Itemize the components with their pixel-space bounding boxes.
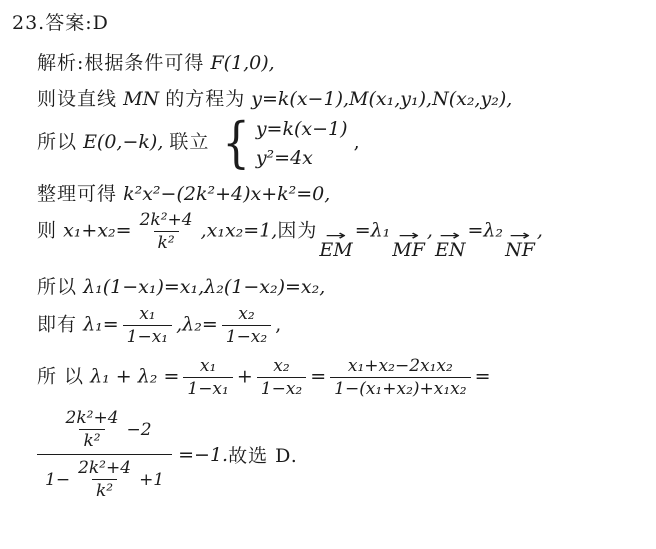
line-setup-text: 则设直线	[37, 88, 117, 110]
system-line: 所以 E(0,−k), 联立 { y=k(x−1) y²=4x ,	[37, 116, 656, 170]
comma: ,	[354, 131, 360, 153]
lambda-equations-line: 所以 λ₁(1−x₁)=x₁,λ₂(1−x₂)=x₂,	[37, 272, 656, 299]
fraction-denominator: 1−(x₁+x₂)+x₁x₂	[330, 377, 470, 400]
fraction-denominator: k²	[154, 231, 179, 254]
left-brace: {	[223, 116, 250, 170]
analysis-line-2: 则设直线 MN 的方程为 y=k(x−1),M(x₁,y₁),N(x₂,y₂),	[37, 84, 656, 111]
fraction-denominator: 1−x₂	[257, 377, 306, 400]
fraction-numerator: 2k²+4	[136, 209, 197, 231]
lambda1-relation: =λ₁	[355, 220, 391, 242]
numerator-tail: −2	[127, 420, 152, 440]
answer-line: 23.答案:D	[12, 8, 656, 35]
combine-text: 联立	[169, 131, 209, 153]
comma: ,	[537, 220, 543, 242]
comma: ,	[275, 313, 281, 335]
fraction-denominator: k²	[79, 429, 104, 452]
fraction-numerator: x₁	[196, 355, 220, 377]
therefore-text: 所 以	[37, 365, 84, 387]
answer-value: D	[93, 12, 108, 34]
fraction-lambda2: x₂1−x₂	[222, 303, 271, 348]
simplify-text: 整理可得	[37, 183, 117, 205]
lambda1-equals: λ₁=	[83, 313, 119, 335]
lambda-sum: λ₁ + λ₂ =	[90, 365, 179, 387]
fraction-numerator: x₂	[234, 303, 258, 325]
denominator-tail: +1	[139, 470, 164, 490]
lambda2-relation: =λ₂	[467, 220, 503, 242]
plus-operator: +	[237, 365, 253, 387]
line-name: MN	[123, 88, 159, 110]
vector-MF: →MF	[392, 232, 425, 261]
fraction-sum: 2k²+4k²	[136, 209, 197, 254]
fraction-numerator: x₁+x₂−2x₁x₂	[344, 355, 457, 377]
fraction-denominator: 1−x₂	[222, 325, 271, 348]
big-fraction-denominator: 1−2k²+4k²+1	[37, 454, 172, 504]
lambda-fractions-line: 即有 λ₁=x₁1−x₁,λ₂=x₂1−x₂,	[37, 303, 656, 348]
answer-label: 答案:	[45, 12, 92, 34]
line-equation: y=k(x−1),M(x₁,y₁),N(x₂,y₂),	[251, 88, 512, 110]
conclusion-text: 故选 D.	[228, 441, 298, 468]
inner-fraction-bottom: 2k²+4k²	[74, 457, 135, 502]
fraction-numerator: x₂	[269, 355, 293, 377]
denominator-lead: 1−	[45, 470, 70, 490]
fraction-term2: x₂1−x₂	[257, 355, 306, 400]
comma: ,	[427, 220, 433, 242]
question-number: 23.	[12, 12, 45, 34]
fraction-combined: x₁+x₂−2x₁x₂1−(x₁+x₂)+x₁x₂	[330, 355, 470, 400]
vector-EM: →EM	[319, 232, 352, 261]
equation-text: 的方程为	[165, 88, 245, 110]
equation-system: { y=k(x−1) y²=4x	[219, 116, 347, 170]
therefore-text: 所以	[37, 131, 77, 153]
vector-arrow-icon: →	[398, 232, 419, 241]
product-of-roots: ,x₁x₂=1,	[201, 220, 278, 242]
analysis-text: 解析:根据条件可得	[37, 52, 204, 74]
fraction-numerator: 2k²+4	[62, 407, 123, 429]
fraction-numerator: 2k²+4	[74, 457, 135, 479]
system-rows: y=k(x−1) y²=4x	[256, 118, 348, 169]
quadratic-equation: k²x²−(2k²+4)x+k²=0,	[123, 183, 330, 205]
fraction-denominator: 1−x₁	[183, 377, 232, 400]
final-fraction-line: 2k²+4k²−2 1−2k²+4k²+1 =−1. 故选 D.	[37, 405, 656, 504]
vector-EN: →EN	[435, 232, 466, 261]
equals-operator: =	[475, 365, 491, 387]
system-equation-2: y²=4x	[256, 147, 313, 169]
quadratic-line: 整理可得 k²x²−(2k²+4)x+k²=0,	[37, 179, 656, 206]
fraction-numerator: x₁	[135, 303, 159, 325]
big-fraction: 2k²+4k²−2 1−2k²+4k²+1	[37, 405, 172, 504]
then-text: 则	[37, 220, 57, 242]
system-equation-1: y=k(x−1)	[256, 118, 348, 140]
equals-operator: =	[310, 365, 326, 387]
formula-focus-point: F(1,0),	[210, 52, 274, 74]
fraction-denominator: k²	[92, 479, 117, 502]
vector-arrow-icon: →	[325, 232, 346, 241]
lambda2-equals: ,λ₂=	[176, 313, 218, 335]
fraction-term1: x₁1−x₁	[183, 355, 232, 400]
lambda-equations: λ₁(1−x₁)=x₁,λ₂(1−x₂)=x₂,	[83, 276, 325, 298]
analysis-line-1: 解析:根据条件可得 F(1,0),	[37, 48, 656, 75]
vector-arrow-icon: →	[440, 232, 461, 241]
lambda-sum-line: 所 以 λ₁ + λ₂ =x₁1−x₁+x₂1−x₂=x₁+x₂−2x₁x₂1−…	[37, 355, 656, 400]
final-result: =−1.	[178, 444, 228, 466]
vector-arrow-icon: →	[509, 232, 530, 241]
inner-fraction-top: 2k²+4k²	[62, 407, 123, 452]
thus-text: 即有	[37, 313, 77, 335]
sum-of-roots: x₁+x₂=	[63, 220, 132, 242]
solution-document: 23.答案:D 解析:根据条件可得 F(1,0), 则设直线 MN 的方程为 y…	[0, 0, 656, 504]
fraction-lambda1: x₁1−x₁	[123, 303, 172, 348]
fraction-denominator: 1−x₁	[123, 325, 172, 348]
point-e: E(0,−k),	[83, 131, 163, 153]
vieta-line: 则 x₁+x₂=2k²+4k²,x₁x₂=1,因为→EM=λ₁→MF,→EN=λ…	[37, 209, 656, 261]
therefore-text: 所以	[37, 276, 77, 298]
big-fraction-numerator: 2k²+4k²−2	[50, 405, 160, 454]
because-text: 因为	[277, 220, 317, 242]
vector-NF: →NF	[505, 232, 535, 261]
